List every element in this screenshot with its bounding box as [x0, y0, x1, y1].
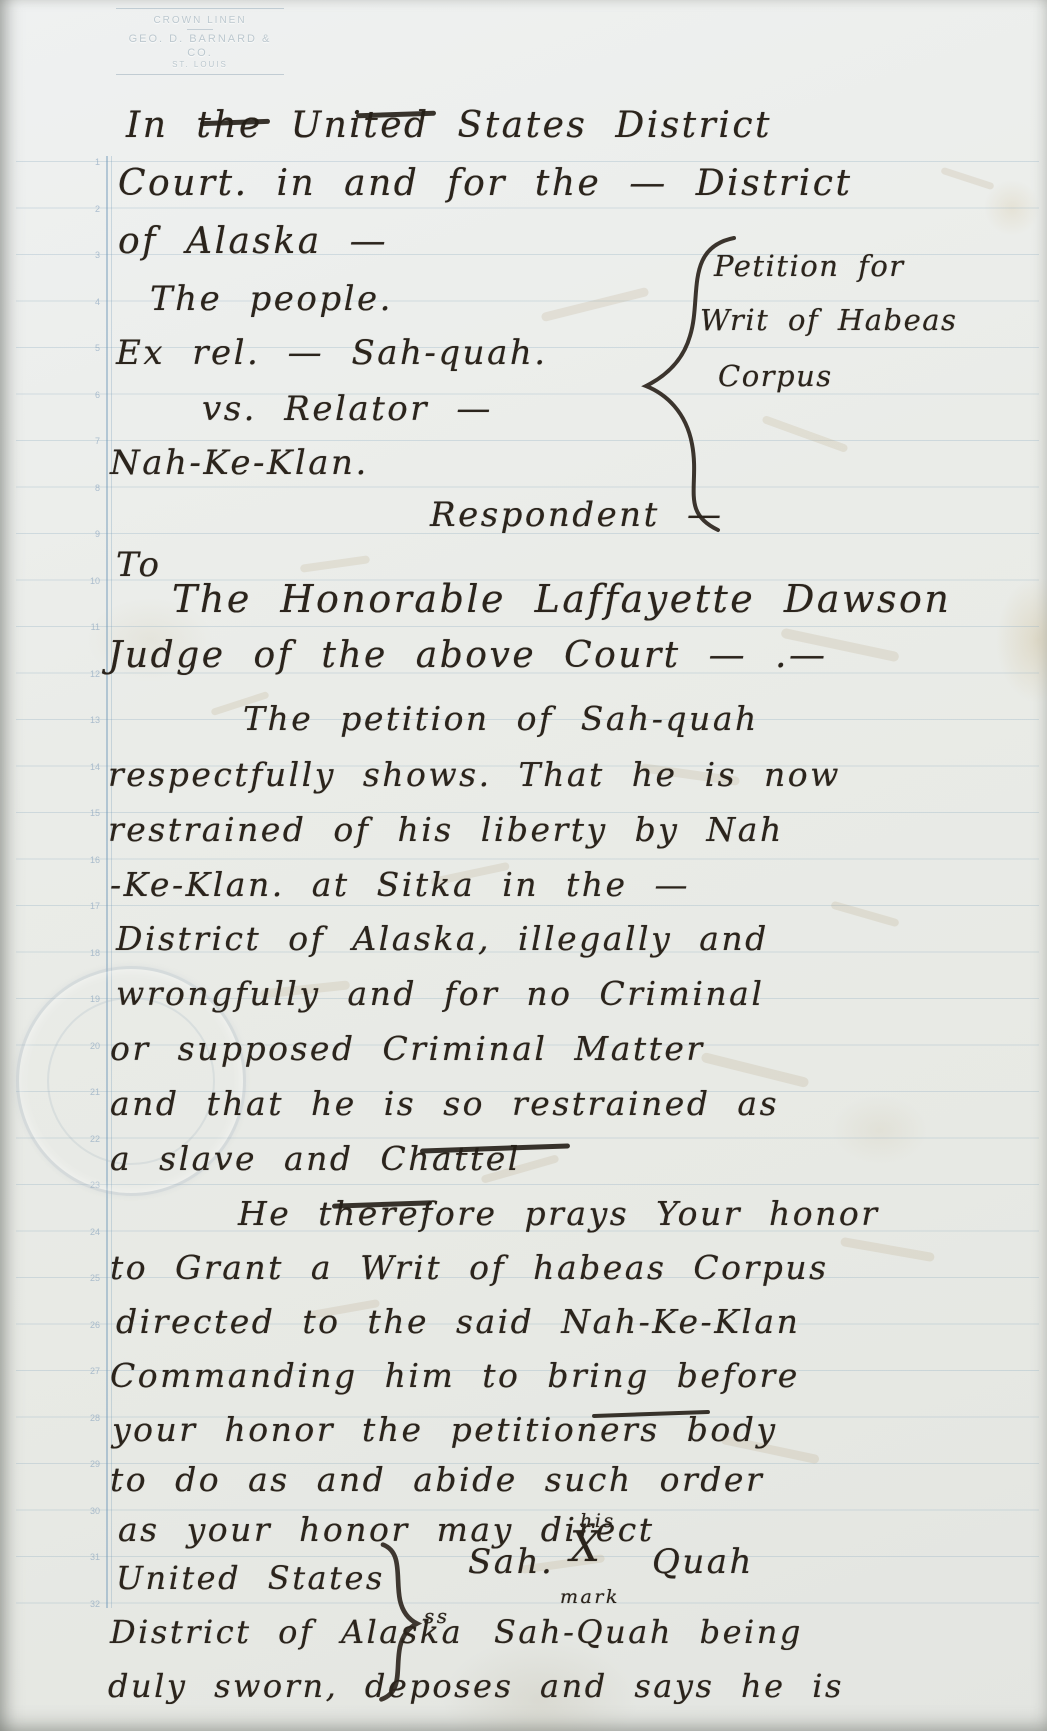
bleedthrough-mark — [541, 287, 650, 322]
caption-party-people: The people. — [150, 282, 393, 316]
body-line-1: The petition of Sah-quah — [243, 702, 759, 735]
body-line-10: He therefore prays Your honor — [238, 1197, 879, 1230]
annotation-line-3: Corpus — [718, 362, 833, 391]
salutation-judge-title: Judge of the above Court — .— — [108, 638, 827, 674]
heading-line-3: of Alaska — — [118, 224, 388, 260]
body-line-14: your honor the petitioners body — [112, 1413, 777, 1446]
line-number: 27 — [72, 1367, 100, 1376]
annotation-line-1: Petition for — [714, 252, 905, 281]
line-number: 12 — [72, 670, 100, 679]
line-number: 26 — [72, 1321, 100, 1330]
body-line-12: directed to the said Nah-Ke-Klan — [116, 1305, 800, 1338]
bleedthrough-mark — [300, 555, 370, 573]
bleedthrough-mark — [700, 1052, 809, 1088]
signature-name-first: Sah. — [468, 1545, 554, 1579]
annotation-line-2: Writ of Habeas — [700, 306, 957, 335]
body-line-3: restrained of his liberty by Nah — [108, 813, 784, 846]
letterhead-city: ST. LOUIS — [116, 60, 284, 70]
body-line-8: and that he is so restrained as — [110, 1087, 779, 1120]
caption-respondent-label: Respondent — — [430, 498, 724, 532]
heading-line-1: In the United States District — [126, 108, 772, 144]
margin-line-outer — [106, 156, 108, 1608]
line-number: 8 — [72, 484, 100, 493]
body-line-4: -Ke-Klan. at Sitka in the — — [110, 868, 690, 901]
body-line-7: or supposed Criminal Matter — [110, 1032, 705, 1065]
caption-party-exrel: Ex rel. — Sah-quah. — [116, 336, 548, 370]
signature-x: X — [570, 1526, 602, 1568]
body-line-6: wrongfully and for no Criminal — [116, 977, 764, 1010]
caption-vs-relator: vs. Relator — — [202, 392, 493, 426]
heading-line-2: Court. in and for the — District — [118, 166, 852, 202]
line-number: 14 — [72, 763, 100, 772]
caption-party-respondent-name: Nah-Ke-Klan. — [110, 446, 369, 480]
line-number: 9 — [72, 530, 100, 539]
line-number: 31 — [72, 1553, 100, 1562]
line-number: 2 — [72, 205, 100, 214]
bleedthrough-mark — [830, 901, 899, 928]
line-number: 13 — [72, 716, 100, 725]
line-number: 15 — [72, 809, 100, 818]
line-number: 17 — [72, 902, 100, 911]
line-number: 24 — [72, 1228, 100, 1237]
letterhead: CROWN LINEN GEO. D. BARNARD & CO. ST. LO… — [116, 8, 284, 75]
jurat-text-line-1: Sah-Quah being — [494, 1616, 803, 1648]
salutation-to: To — [116, 548, 162, 582]
body-line-13: Commanding him to bring before — [110, 1359, 800, 1392]
line-number: 30 — [72, 1507, 100, 1516]
line-number: 28 — [72, 1414, 100, 1423]
letterhead-divider — [187, 29, 213, 30]
line-number: 11 — [72, 623, 100, 632]
line-number: 7 — [72, 437, 100, 446]
jurat-venue-line-1: United States — [116, 1562, 385, 1594]
line-number: 16 — [72, 856, 100, 865]
document-page: CROWN LINEN GEO. D. BARNARD & CO. ST. LO… — [0, 0, 1047, 1731]
line-number: 5 — [72, 344, 100, 353]
line-number: 3 — [72, 251, 100, 260]
line-number: 10 — [72, 577, 100, 586]
letterhead-company: GEO. D. BARNARD & CO. — [116, 32, 284, 60]
body-line-15: to do as and abide such order — [110, 1463, 764, 1496]
bleedthrough-mark — [761, 415, 848, 453]
letterhead-brand: CROWN LINEN — [116, 14, 284, 27]
signature-x-mark-block: his X mark — [558, 1512, 658, 1628]
salutation-judge-name: The Honorable Laffayette Dawson — [172, 580, 951, 618]
bleedthrough-mark — [940, 167, 994, 191]
jurat-venue-line-2: District of Alaska — [110, 1616, 463, 1648]
jurat-text-line-2: duly sworn, deposes and says he is — [108, 1670, 844, 1702]
signature-name-last: Quah — [652, 1545, 754, 1579]
line-number: 29 — [72, 1460, 100, 1469]
body-line-11: to Grant a Writ of habeas Corpus — [110, 1251, 829, 1284]
line-number: 1 — [72, 158, 100, 167]
line-number: 6 — [72, 391, 100, 400]
jurat-ss: ss — [424, 1606, 450, 1626]
line-number: 32 — [72, 1600, 100, 1609]
body-line-2: respectfully shows. That he is now — [108, 758, 841, 791]
signature-mark: mark — [560, 1588, 620, 1607]
line-number: 25 — [72, 1274, 100, 1283]
bleedthrough-mark — [840, 1237, 935, 1262]
line-number: 18 — [72, 949, 100, 958]
body-line-5: District of Alaska, illegally and — [116, 922, 769, 955]
line-number: 4 — [72, 298, 100, 307]
